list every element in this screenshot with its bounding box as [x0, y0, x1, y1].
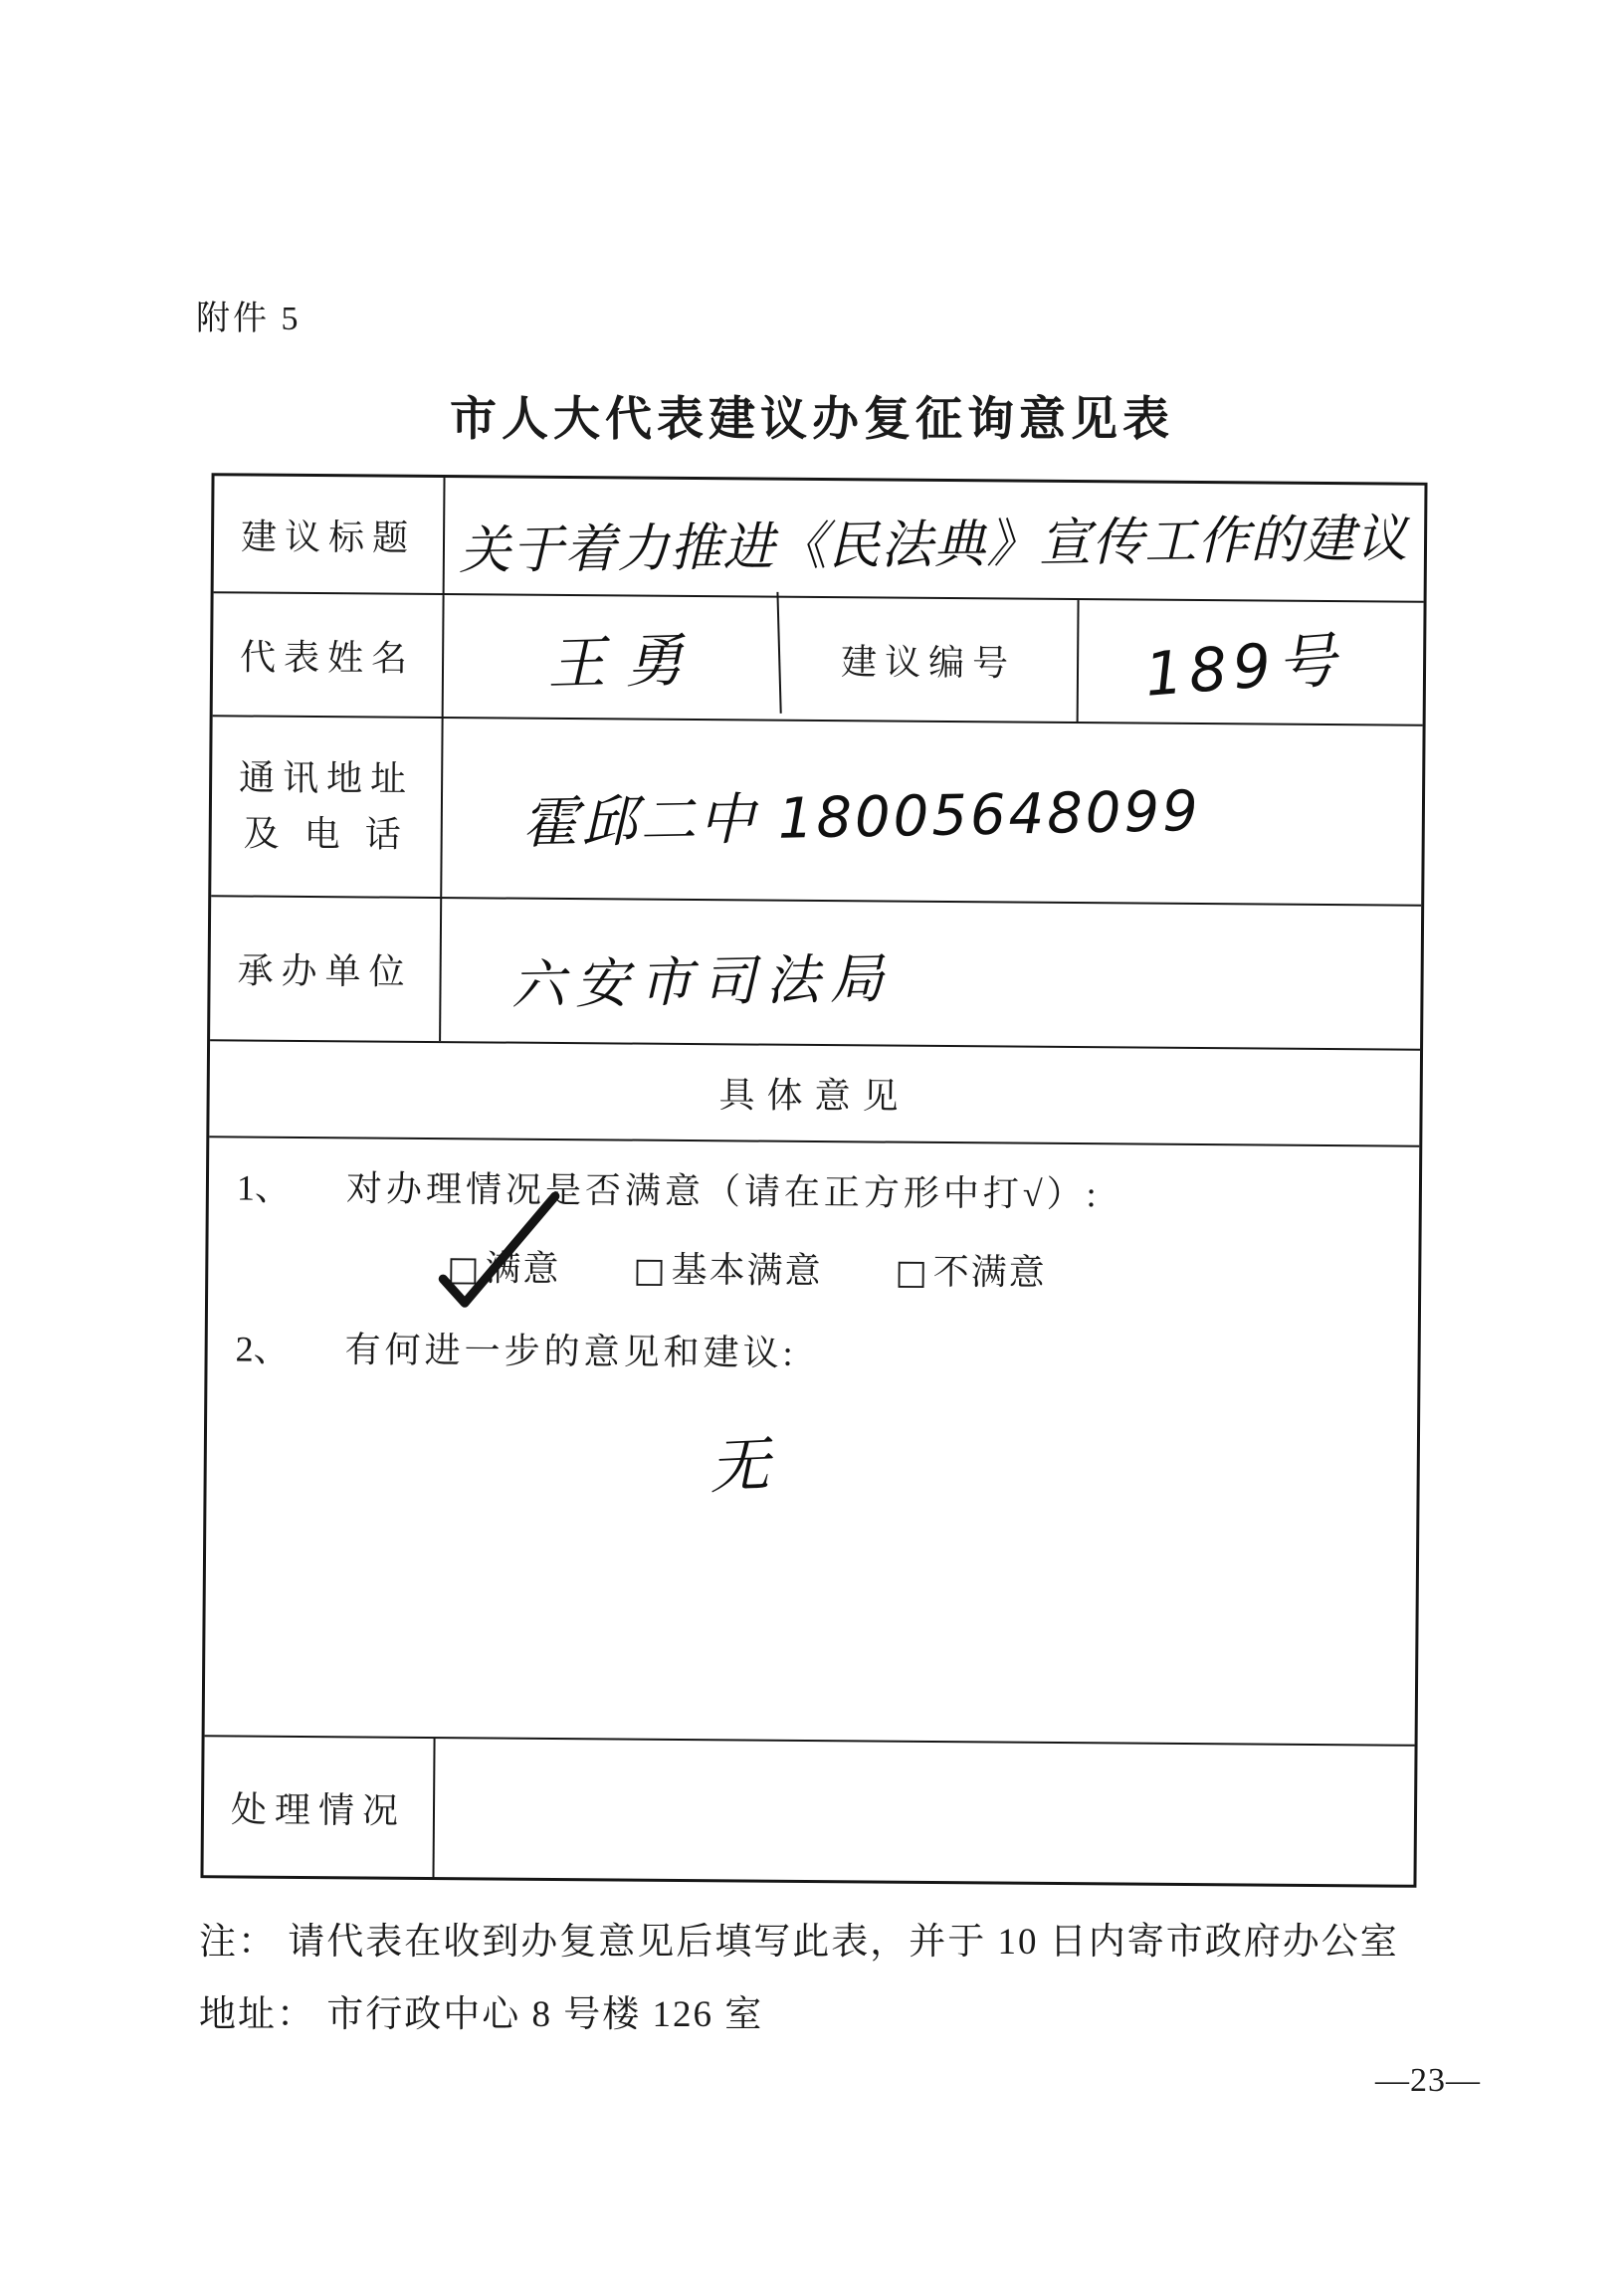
question-2-answer-handwriting: 无: [708, 1417, 771, 1506]
checkbox-not-satisfied-icon: □: [895, 1253, 928, 1293]
question-2-number: 2、: [231, 1321, 344, 1372]
question-1-number: 1、: [233, 1159, 346, 1211]
checkbox-satisfied-icon: □: [447, 1249, 481, 1289]
suggestion-title-label: 建议标题: [214, 476, 446, 593]
checkbox-glyph: □: [895, 1253, 928, 1293]
option-not-satisfied: □不满意: [895, 1252, 1046, 1293]
contact-value-handwriting: 霍邱二中 18005648099: [441, 714, 1423, 910]
question-2-text: 有何进一步的意见和建议:: [344, 1330, 796, 1373]
option-not-satisfied-label: 不满意: [933, 1252, 1047, 1293]
processing-value-empty: [434, 1739, 1414, 1886]
contact-label: 通讯地址 及 电 话: [211, 717, 443, 897]
row-processing: 处理情况: [203, 1737, 1414, 1886]
row-opinions-content: 1、对办理情况是否满意（请在正方形中打√）: □ 满意 □基本满意 □不满意: [205, 1138, 1420, 1747]
contact-label-line1: 通讯地址: [239, 750, 414, 807]
option-basically-satisfied-label: 基本满意: [671, 1250, 822, 1291]
representative-name-label: 代表姓名: [213, 593, 445, 717]
row-contact: 通讯地址 及 电 话 霍邱二中 18005648099: [211, 717, 1422, 907]
row-handling-unit: 承办单位 六安市司法局: [210, 897, 1421, 1051]
form-table: 建议标题 关于着力推进《民法典》宣传工作的建议 代表姓名 王勇 建议编号 189…: [200, 473, 1427, 1888]
checkbox-basically-satisfied-icon: □: [633, 1251, 667, 1291]
row-name-number: 代表姓名 王勇 建议编号 189号: [213, 593, 1424, 726]
page-number: —23—: [1375, 2062, 1481, 2100]
handling-unit-value-handwriting: 六安市司法局: [440, 894, 1421, 1054]
question-2-line: 2、有何进一步的意见和建议:: [207, 1299, 1418, 1381]
handling-unit-label: 承办单位: [210, 897, 442, 1041]
suggestion-title-value-handwriting: 关于着力推进《民法典》宣传工作的建议: [444, 475, 1424, 603]
processing-label: 处理情况: [203, 1737, 435, 1878]
footer-note-line1: 注： 请代表在收到办复意见后填写此表，并于 10 日内寄市政府办公室: [199, 1911, 1493, 1965]
row-suggestion-title: 建议标题 关于着力推进《民法典》宣传工作的建议: [214, 476, 1425, 603]
checkbox-glyph: □: [633, 1251, 667, 1291]
row-opinions-header: 具体意见: [209, 1041, 1420, 1147]
scanned-form-page: 附件 5 市人大代表建议办复征询意见表 建议标题 关于着力推进《民法典》宣传工作…: [0, 0, 1624, 2279]
option-basically-satisfied: □基本满意: [633, 1250, 833, 1292]
footer-note-line2: 地址： 市行政中心 8 号楼 126 室: [199, 1983, 1493, 2037]
representative-name-value-handwriting: 王勇: [443, 592, 782, 723]
check-mark-icon: [431, 1185, 563, 1318]
option-satisfied: □ 满意: [447, 1248, 571, 1289]
opinions-header-text: 具体意见: [718, 1067, 910, 1120]
form-title: 市人大代表建议办复征询意见表: [0, 382, 1624, 449]
suggestion-number-label: 建议编号: [780, 598, 1080, 722]
satisfaction-options: □ 满意 □基本满意 □不满意: [208, 1210, 1419, 1299]
contact-label-line2: 及 电 话: [243, 806, 408, 863]
question-1-line: 1、对办理情况是否满意（请在正方形中打√）:: [209, 1138, 1420, 1220]
attachment-label: 附件 5: [196, 291, 302, 339]
